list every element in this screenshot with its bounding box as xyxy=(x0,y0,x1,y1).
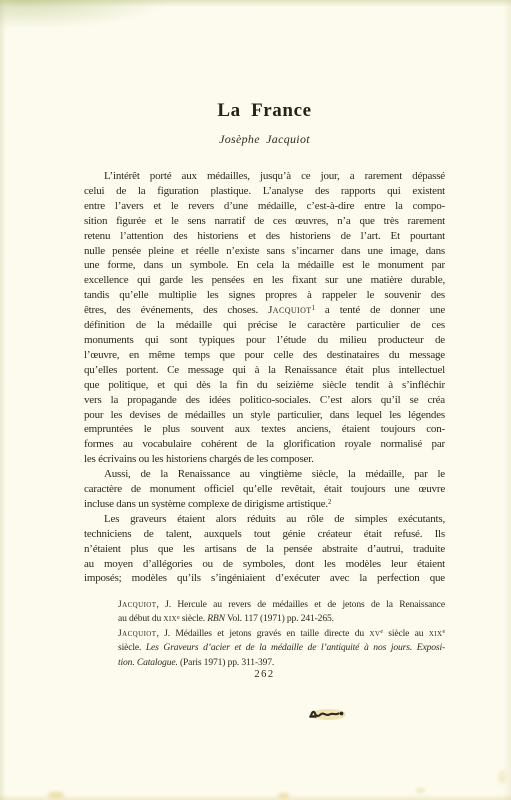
text-line: monuments qui sont typiques pour l’étude… xyxy=(84,333,445,348)
text-line: les écrivains ou les historiens chargés … xyxy=(84,452,445,467)
text-line: imposés; modèles qu’ils s’ingéniaient d’… xyxy=(84,571,445,586)
page-number: 262 xyxy=(84,669,445,680)
small-caps-century: xix xyxy=(163,613,177,624)
text-line: L’intérêt porté aux médailles, jusqu’à c… xyxy=(84,169,445,184)
small-caps-century: xix xyxy=(429,628,443,639)
author-byline: Josèphe Jacquiot xyxy=(84,132,445,147)
footnote-line: 2.Jacquiot, J. Médailles et jetons gravé… xyxy=(118,627,445,641)
paragraph: Les graveurs étaient alors réduits au rô… xyxy=(84,512,445,587)
book-page: La France Josèphe Jacquiot L’intérêt por… xyxy=(0,0,511,800)
small-caps-century: xv xyxy=(369,628,380,639)
footnote: 2.Jacquiot, J. Médailles et jetons gravé… xyxy=(118,627,445,670)
footnote-line: 1.Jacquiot, J. Hercule au revers de méda… xyxy=(118,598,445,612)
paper-stain xyxy=(48,792,64,798)
text-line: nulle pensée pleine et réelle n’existe s… xyxy=(84,244,445,259)
footnotes: 1.Jacquiot, J. Hercule au revers de méda… xyxy=(118,598,445,670)
paragraph: Aussi, de la Renaissance au vingtième si… xyxy=(84,467,445,512)
text-line: tandis qu’elle multiplie les signes prop… xyxy=(84,288,445,303)
page-title: La France xyxy=(84,100,445,122)
scan-edge-tint-right xyxy=(503,0,511,800)
text-line: vers la propagande des idées politico-so… xyxy=(84,393,445,408)
text-line: excellence qui garde les pensées en les … xyxy=(84,273,445,288)
small-caps-name: Jacquiot xyxy=(118,599,156,610)
footnote-line: au début du xixe siècle. RBN Vol. 117 (1… xyxy=(118,612,445,626)
paragraph: L’intérêt porté aux médailles, jusqu’à c… xyxy=(84,169,445,467)
text-line: Les graveurs étaient alors réduits au rô… xyxy=(84,512,445,527)
paper-stain xyxy=(416,788,425,793)
text-line: sition figurée et le sens narratif de ce… xyxy=(84,214,445,229)
text-line: techniciens de talent, auxquels tout gén… xyxy=(84,527,445,542)
text-line: retenu l’attention des historiens et des… xyxy=(84,229,445,244)
footnote: 1.Jacquiot, J. Hercule au revers de méda… xyxy=(118,598,445,627)
text-line: celui de la figuration plastique. L’anal… xyxy=(84,184,445,199)
text-line: une forme, dans un symbole. En cela la m… xyxy=(84,258,445,273)
text-line: définition de la médaille qui précise le… xyxy=(84,318,445,333)
text-line: au moyen d’allégories ou de symboles, do… xyxy=(84,557,445,572)
scan-edge-tint-topleft xyxy=(0,0,170,30)
small-caps-name: Jacquiot xyxy=(118,628,156,639)
text-line: l’œuvre, en même temps que pour celle de… xyxy=(84,348,445,363)
text-line: incluse dans un système complexe de diri… xyxy=(84,497,445,512)
text-line: qu’elles portent. Ce message qui à la Re… xyxy=(84,363,445,378)
text-line: empruntées le plus souvent aux textes an… xyxy=(84,422,445,437)
paper-stain xyxy=(498,770,506,784)
text-line: êtres, des événements, des choses. Jacqu… xyxy=(84,303,445,318)
text-line: que politique, et qui dès la fin du seiz… xyxy=(84,378,445,393)
small-caps-name: Jacquiot xyxy=(268,304,311,316)
text-line: formes au vocabulaire cohérent de la glo… xyxy=(84,437,445,452)
text-line: n’étaient plus que les artisans de la pe… xyxy=(84,542,445,557)
scan-edge-tint-left xyxy=(0,0,6,800)
footnote-line: tion. Catalogue. (Paris 1971) pp. 311-39… xyxy=(118,656,445,670)
text-line: Aussi, de la Renaissance au vingtième si… xyxy=(84,467,445,482)
text-line: pour les devises de médailles un style p… xyxy=(84,408,445,423)
body-text: L’intérêt porté aux médailles, jusqu’à c… xyxy=(84,169,445,586)
text-line: caractère de monument officiel qu’elle r… xyxy=(84,482,445,497)
ink-squiggle-mark xyxy=(308,705,348,722)
text-line: entre l’avers et le revers d’une médaill… xyxy=(84,199,445,214)
scan-edge-tint-bottom xyxy=(0,794,511,800)
footnote-line: siècle. Les Graveurs d’acier et de la mé… xyxy=(118,641,445,655)
paper-stain xyxy=(278,793,289,798)
